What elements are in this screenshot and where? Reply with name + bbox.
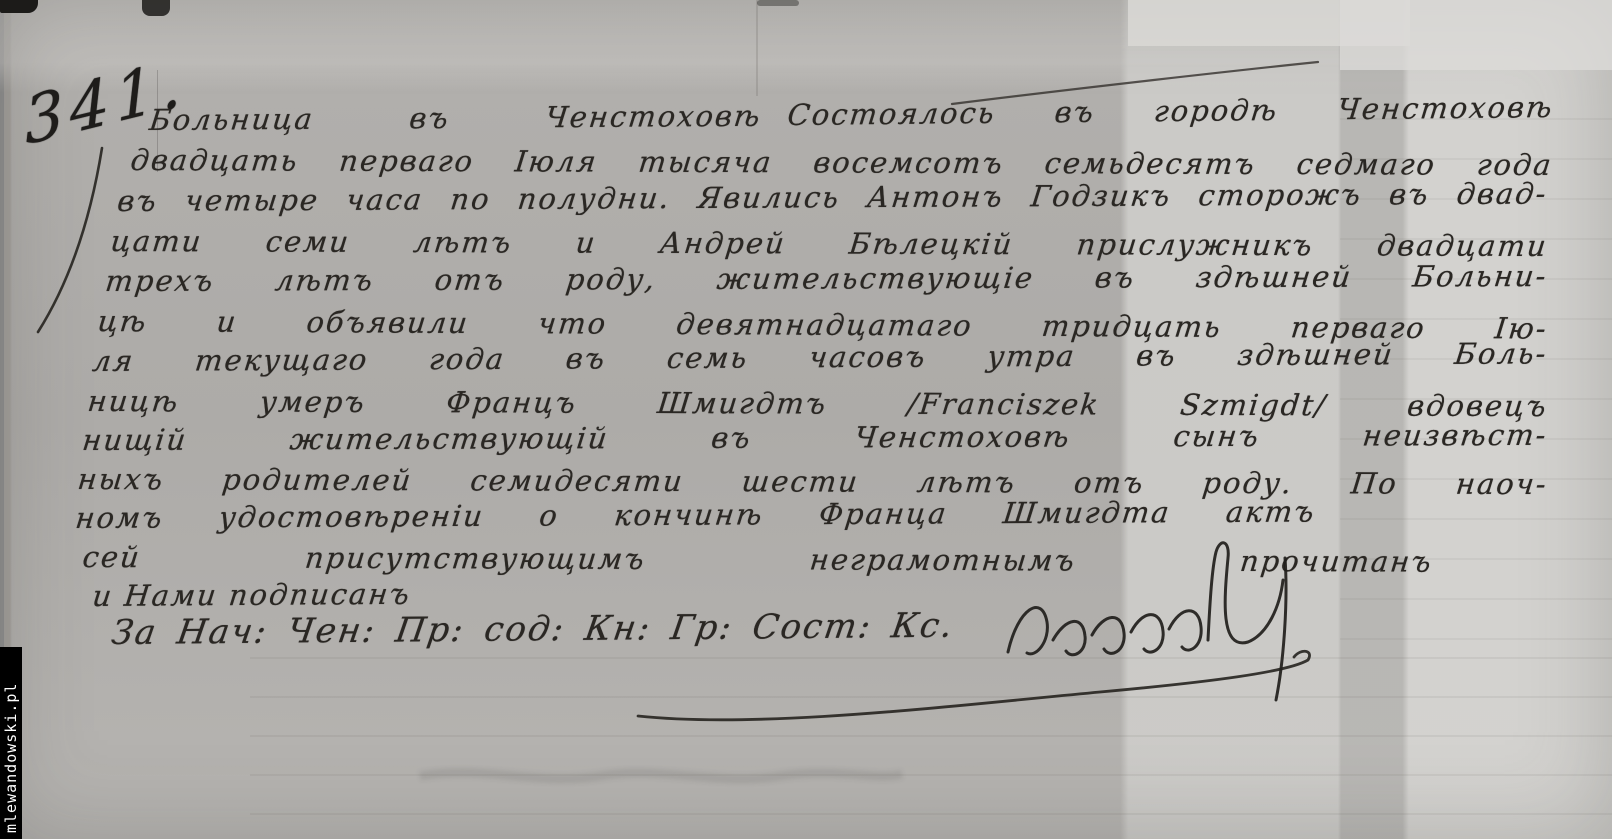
scanned-document-page: 341. Больница въ Ченстоховѣ Состоялось в… [0, 0, 1612, 839]
manuscript-line: въ четыре часа по полудни. Явились Антон… [115, 174, 1550, 222]
ink-smudge [142, 0, 170, 16]
manuscript-line: номъ удостовѣреніи о кончинѣ Франца Шмиг… [73, 492, 1318, 539]
margin-heading: Больница въ Ченстоховѣ [147, 96, 764, 140]
closing-officials-line: За Нач: Чен: Пр: сод: Кн: Гр: Сост: Кс. [109, 606, 957, 653]
manuscript-line: нищій жительствующій въ Ченстоховѣ сынъ … [80, 415, 1550, 460]
record-number-flourish [38, 148, 102, 332]
manuscript-line: Состоялось въ городѣ Ченстоховѣ [786, 87, 1556, 135]
ruled-lines-lower [250, 620, 1612, 839]
ink-smudge [0, 0, 38, 13]
manuscript-line: и Нами подписанъ [90, 574, 413, 616]
manuscript-line: ля текущаго года въ семь часовъ утра въ … [90, 333, 1550, 381]
paper-fold-line [756, 0, 758, 96]
watermark-url: mlewandowski.pl [0, 647, 22, 839]
manuscript-line: трехъ лѣтъ отъ роду, жительствующіе въ з… [103, 256, 1550, 301]
ink-smudge [757, 0, 799, 6]
paper-corner-highlight [1340, 0, 1612, 70]
